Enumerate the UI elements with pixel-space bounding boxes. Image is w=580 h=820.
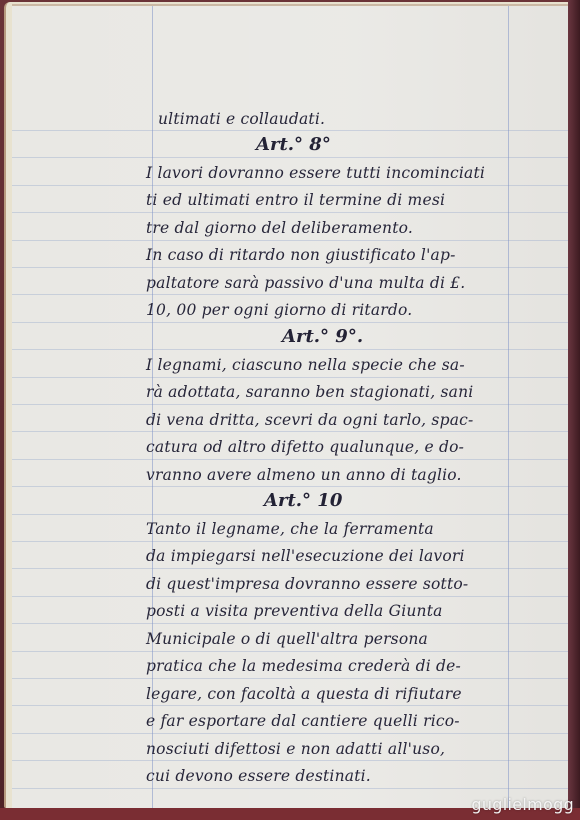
photographer-watermark: guglielmogg: [471, 795, 574, 814]
ruled-line: [12, 459, 568, 460]
ruled-line: [12, 212, 568, 213]
ruled-line: [12, 733, 568, 734]
text-line: di vena dritta, scevri da ogni tarlo, sp…: [146, 411, 473, 429]
text-line: I lavori dovranno essere tutti incominci…: [146, 164, 485, 182]
ruled-line: [12, 185, 568, 186]
text-line: paltatore sarà passivo d'una multa di £.: [146, 274, 465, 292]
text-line: pratica che la medesima crederà di de-: [146, 657, 461, 675]
ruled-line: [12, 705, 568, 706]
text-line: ultimati e collaudati.: [158, 110, 325, 128]
book-spine-edge: [568, 0, 580, 820]
ruled-line: [12, 240, 568, 241]
ruled-line: [12, 130, 568, 131]
text-line: da impiegarsi nell'esecuzione dei lavori: [146, 547, 465, 565]
ruled-line: [12, 678, 568, 679]
text-line: cui devono essere destinati.: [146, 767, 371, 785]
ruled-line: [12, 431, 568, 432]
ruled-line: [12, 404, 568, 405]
ruled-line: [12, 486, 568, 487]
text-line: In caso di ritardo non giustificato l'ap…: [146, 246, 456, 264]
ruled-line: [12, 760, 568, 761]
manuscript-page: ultimati e collaudati. Art.° 8° I lavori…: [12, 4, 568, 810]
ruled-line: [12, 157, 568, 158]
article-heading: Art.° 9°.: [282, 326, 363, 347]
ruled-line: [12, 267, 568, 268]
ruled-line: [12, 322, 568, 323]
text-line: Municipale o di quell'altra persona: [146, 630, 428, 648]
text-line: vranno avere almeno un anno di taglio.: [146, 466, 462, 484]
ruled-line: [12, 651, 568, 652]
ruled-line: [12, 377, 568, 378]
ruled-line: [12, 349, 568, 350]
text-line: 10, 00 per ogni giorno di ritardo.: [146, 301, 412, 319]
ruled-line: [12, 294, 568, 295]
ruled-line: [12, 514, 568, 515]
text-line: posti a visita preventiva della Giunta: [146, 602, 443, 620]
text-line: catura od altro difetto qualunque, e do-: [146, 438, 464, 456]
text-line: nosciuti difettosi e non adatti all'uso,: [146, 740, 445, 758]
ruled-line: [12, 541, 568, 542]
text-line: ti ed ultimati entro il termine di mesi: [146, 191, 445, 209]
text-line: I legnami, ciascuno nella specie che sa-: [146, 356, 465, 374]
ruled-line: [12, 623, 568, 624]
article-heading: Art.° 10: [264, 490, 342, 511]
article-heading: Art.° 8°: [256, 134, 331, 155]
text-line: tre dal giorno del deliberamento.: [146, 219, 413, 237]
ruled-line: [12, 596, 568, 597]
text-line: di quest'impresa dovranno essere sotto-: [146, 575, 468, 593]
text-line: e far esportare dal cantiere quelli rico…: [146, 712, 460, 730]
text-line: rà adottata, saranno ben stagionati, san…: [146, 383, 473, 401]
right-margin-rule: [508, 6, 509, 810]
ruled-line: [12, 568, 568, 569]
text-line: legare, con facoltà a questa di rifiutar…: [146, 685, 462, 703]
ruled-line: [12, 788, 568, 789]
text-line: Tanto il legname, che la ferramenta: [146, 520, 434, 538]
